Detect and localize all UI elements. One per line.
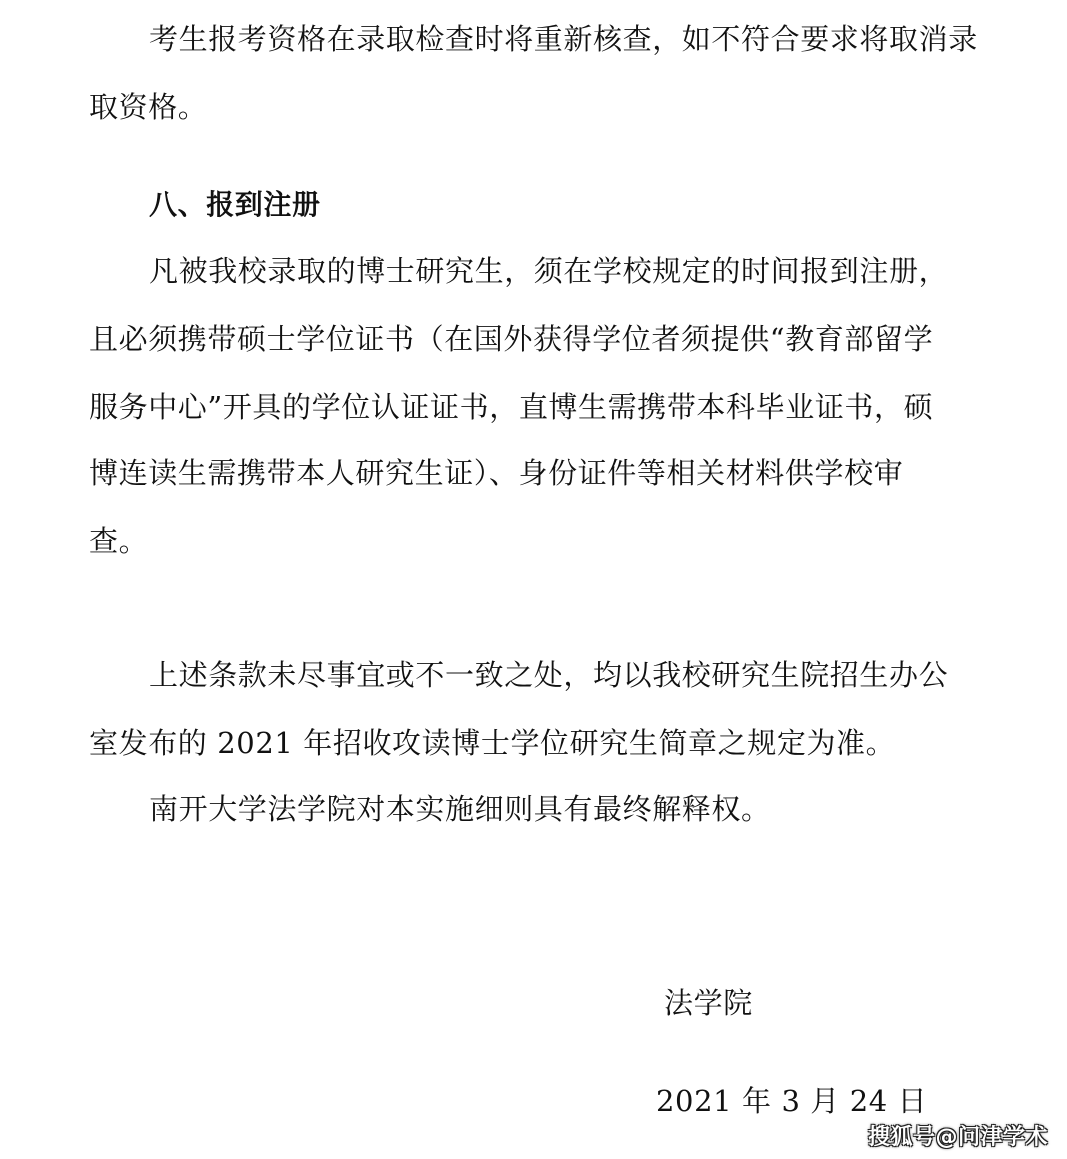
paragraph-line: 考生报考资格在录取检查时将重新核查，如不符合要求将取消录: [149, 22, 978, 56]
interpretation-statement: 南开大学法学院对本实施细则具有最终解释权。: [149, 792, 771, 826]
paragraph-line: 室发布的 2021 年招收攻读博士学位研究生简章之规定为准。: [89, 726, 895, 760]
paragraph-line: 上述条款未尽事宜或不一致之处，均以我校研究生院招生办公: [149, 658, 948, 692]
paragraph-line: 取资格。: [89, 90, 207, 124]
section-heading: 八、报到注册: [149, 188, 321, 222]
paragraph-line: 凡被我校录取的博士研究生，须在学校规定的时间报到注册，: [149, 254, 948, 288]
paragraph-line: 查。: [89, 524, 148, 558]
paragraph-line: 服务中心”开具的学位认证证书，直博生需携带本科毕业证书，硕: [89, 390, 933, 424]
issuer-name: 法学院: [664, 986, 753, 1020]
paragraph-line: 博连读生需携带本人研究生证）、身份证件等相关材料供学校审: [89, 456, 903, 490]
watermark-text: 搜狐号@问津学术: [868, 1120, 1048, 1151]
issue-date: 2021 年 3 月 24 日: [656, 1084, 927, 1118]
paragraph-line: 且必须携带硕士学位证书（在国外获得学位者须提供“教育部留学: [89, 322, 933, 356]
